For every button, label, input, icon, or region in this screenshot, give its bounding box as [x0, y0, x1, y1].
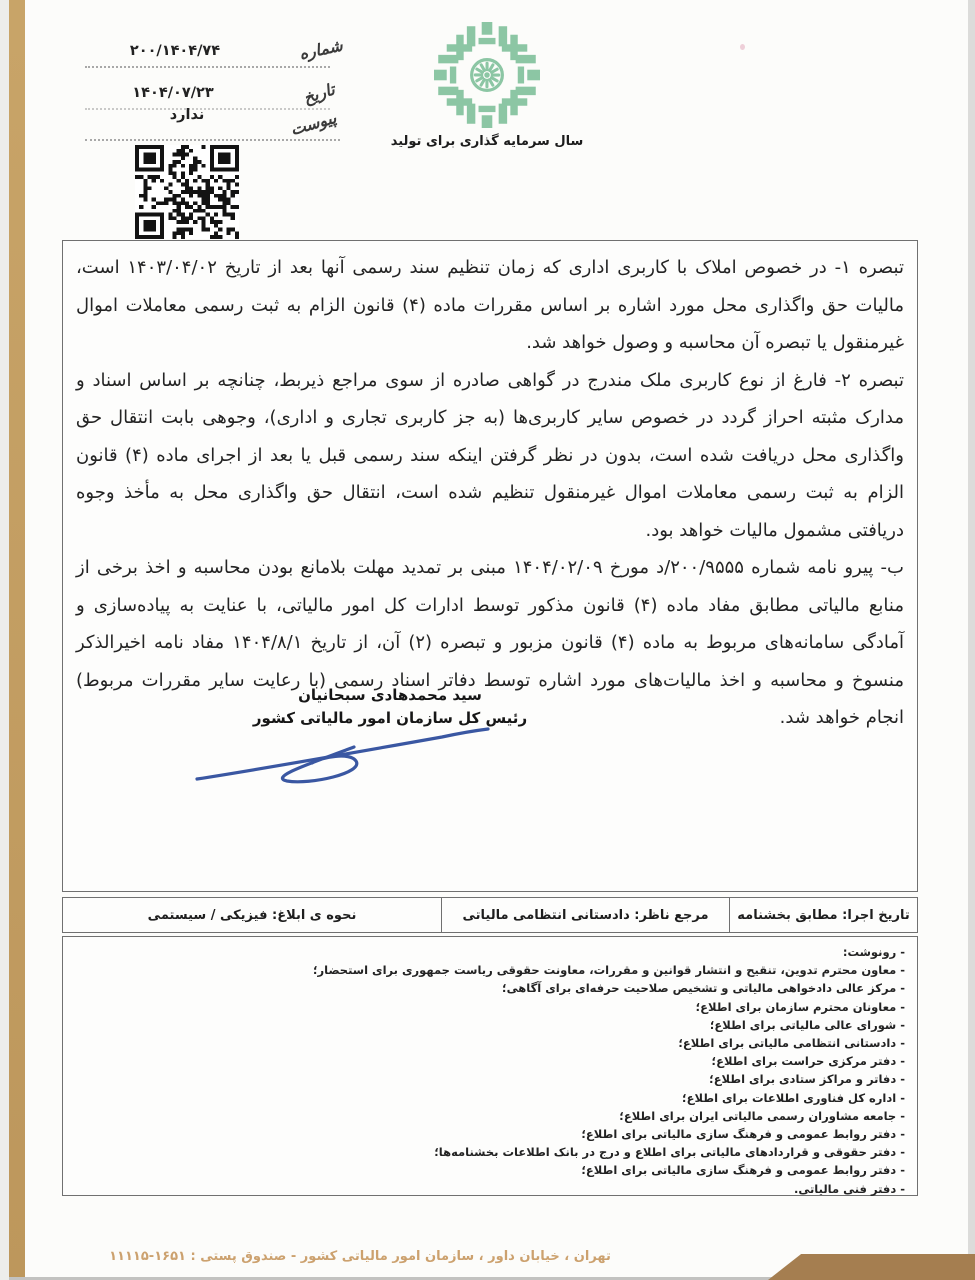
execution-date-cell: تاریخ اجرا: مطابق بخشنامه: [730, 898, 917, 932]
paragraph-note-1: تبصره ۱- در خصوص املاک با کاربری اداری ک…: [76, 249, 904, 362]
cc-item: - دفتر حقوقی و قراردادهای مالیاتی برای ا…: [75, 1143, 905, 1161]
cc-heading: - رونوشت:: [75, 943, 905, 961]
cc-item: - اداره کل فناوری اطلاعات برای اطلاع؛: [75, 1089, 905, 1107]
cc-item: - جامعه مشاوران رسمی مالیاتی ایران برای …: [75, 1107, 905, 1125]
date-label: تاریخ: [301, 80, 337, 108]
cc-item: - مرکز عالی دادخواهی مالیاتی و تشخیص صلا…: [75, 979, 905, 997]
meta-table: تاریخ اجرا: مطابق بخشنامه مرجع ناظر: داد…: [62, 897, 918, 933]
photo-edge-right: [968, 0, 975, 1280]
cc-item: - شورای عالی مالیاتی برای اطلاع؛: [75, 1016, 905, 1034]
cc-item: - دفتر روابط عمومی و فرهنگ سازی مالیاتی …: [75, 1161, 905, 1179]
cc-item: - دادستانی انتظامی مالیاتی برای اطلاع؛: [75, 1034, 905, 1052]
cc-item: - دفتر مرکزی حراست برای اطلاع؛: [75, 1052, 905, 1070]
scan-artifact-dot: [740, 44, 745, 50]
number-label: شماره: [298, 36, 345, 64]
supervisor-cell: مرجع ناظر: دادستانی انتظامی مالیاتی: [442, 898, 730, 932]
logo-slogan: سال سرمایه گذاری برای تولید: [372, 134, 602, 149]
cc-item: - دفاتر و مراکز ستادی برای اطلاع؛: [75, 1070, 905, 1088]
cc-item: - دفتر فنی مالیاتی.: [75, 1180, 905, 1198]
qr-code-icon: [135, 145, 239, 243]
date-value: ۱۴۰۴/۰۷/۲۳: [78, 85, 268, 101]
paragraph-note-2: تبصره ۲- فارغ از نوع کاربری ملک مندرج در…: [76, 362, 904, 550]
letter-body: تبصره ۱- در خصوص املاک با کاربری اداری ک…: [62, 240, 918, 892]
desk-corner-wedge: [768, 1254, 975, 1280]
number-value: ۲۰۰/۱۴۰۴/۷۴: [80, 43, 270, 59]
cc-item: - دفتر روابط عمومی و فرهنگ سازی مالیاتی …: [75, 1125, 905, 1143]
attachment-label: پیوست: [288, 108, 338, 139]
attachment-value: ندارد: [92, 107, 282, 123]
dotted-divider: [85, 66, 330, 68]
cc-list: - رونوشت: - معاون محترم تدوین، تنقیح و ا…: [62, 936, 918, 1196]
notification-method-cell: نحوه ی ابلاغ: فیزیکی / سیستمی: [63, 898, 442, 932]
cc-item: - معاونان محترم سازمان برای اطلاع؛: [75, 998, 905, 1016]
signatory-name: سید محمدهادی سبحانیان: [205, 684, 575, 707]
scanned-letter-page: شماره ۲۰۰/۱۴۰۴/۷۴ تاریخ ۱۴۰۴/۰۷/۲۳ ندارد…: [0, 0, 975, 1280]
signature-scribble: [192, 710, 497, 788]
dotted-divider: [85, 139, 340, 141]
tax-administration-logo-icon: [432, 22, 542, 128]
desk-edge-strip: [9, 0, 25, 1280]
photo-background-left: [0, 0, 9, 1280]
cc-item: - معاون محترم تدوین، تنقیح و انتشار قوان…: [75, 961, 905, 979]
footer-address: تهران ، خیابان داور ، سازمان امور مالیات…: [90, 1249, 630, 1264]
